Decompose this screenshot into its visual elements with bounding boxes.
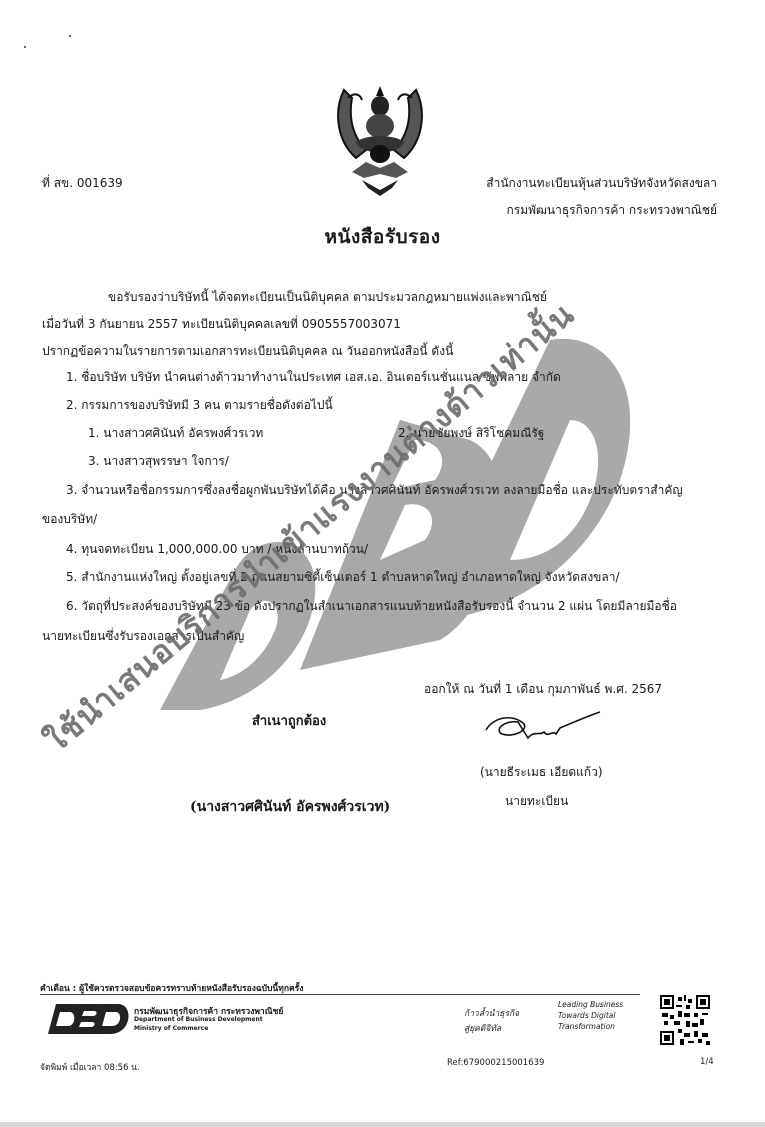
issue-date: ออกให้ ณ วันที่ 1 เดือน กุมภาพันธ์ พ.ศ. … <box>424 680 662 699</box>
reference-number: ที่ สข. 001639 <box>42 174 123 193</box>
director-1: 1. นางสาวศศินันท์ อัครพงศ์วรเวท <box>88 424 263 443</box>
item-objectives: 6. วัตถุที่ประสงค์ของบริษัทมี 23 ข้อ ดัง… <box>66 597 677 616</box>
dbd-logo-icon <box>48 1002 130 1036</box>
item-head-office: 5. สำนักงานแห่งใหญ่ ตั้งอยู่เลขที่ 2 ถนน… <box>66 568 620 587</box>
document-reference: Ref:679000215001639 <box>447 1058 544 1068</box>
dept-name-english: Department of Business Development <box>134 1016 263 1023</box>
print-time: จัดพิมพ์ เมื่อเวลา 08:56 น. <box>40 1060 140 1074</box>
scan-speck <box>69 35 71 37</box>
item-company-name: 1. ชื่อบริษัท บริษัท นำคนต่างด้าวมาทำงาน… <box>66 368 561 387</box>
office-name: สำนักงานทะเบียนหุ้นส่วนบริษัทจังหวัดสงขล… <box>486 174 717 193</box>
footer-divider <box>40 994 640 995</box>
registrar-signature-icon <box>484 708 602 750</box>
slogan-thai-line1: ก้าวล้ำนำธุรกิจ <box>464 1006 519 1020</box>
slogan-english-line3: Transformation <box>558 1022 615 1031</box>
slogan-thai-line2: สู่ยุคดิจิทัล <box>464 1021 501 1035</box>
director-3: 3. นางสาวสุพรรษา ใจการ/ <box>88 452 229 471</box>
certified-copy-label: สำเนาถูกต้อง <box>252 710 326 731</box>
viewer-bottom-edge <box>0 1122 765 1127</box>
director-2: 2. นายชัยพงษ์ สิริโชคมณีรัฐ <box>398 424 544 443</box>
qr-code-icon <box>660 995 710 1045</box>
garuda-emblem-icon <box>326 80 434 198</box>
registrar-name: (นายธีระเมธ เอียดแก้ว) <box>480 763 603 782</box>
department-name: กรมพัฒนาธุรกิจการค้า กระทรวงพาณิชย์ <box>507 201 717 220</box>
slogan-english-line2: Towards Digital <box>558 1011 615 1020</box>
item-registered-capital: 4. ทุนจดทะเบียน 1,000,000.00 บาท / หนึ่ง… <box>66 540 368 559</box>
registrar-title: นายทะเบียน <box>505 792 568 811</box>
item-directors: 2. กรรมการของบริษัทมี 3 คน ตามรายชื่อดัง… <box>66 396 333 415</box>
scan-speck <box>24 46 26 48</box>
registration-date-number: เมื่อวันที่ 3 กันยายน 2557 ทะเบียนนิติบุ… <box>42 315 401 334</box>
item-authorized-signatory-cont: ของบริษัท/ <box>42 510 97 529</box>
certification-statement: ขอรับรองว่าบริษัทนี้ ได้จดทะเบียนเป็นนิต… <box>108 288 547 307</box>
certifier-name: (นางสาวศศินันท์ อัครพงศ์วรเวท) <box>190 796 390 818</box>
slogan-english-line1: Leading Business <box>558 1000 623 1009</box>
item-authorized-signatory: 3. จำนวนหรือชื่อกรรมการซึ่งลงชื่อผูกพันบ… <box>66 481 683 500</box>
page-number: 1/4 <box>700 1057 714 1067</box>
certificate-page: ที่ สข. 001639 สำนักงานทะเบียนหุ้นส่วนบร… <box>0 0 765 1122</box>
document-title: หนังสือรับรอง <box>0 222 765 252</box>
registry-details-intro: ปรากฏข้อความในรายการตามเอกสารทะเบียนนิติ… <box>42 342 453 361</box>
ministry-name-english: Ministry of Commerce <box>134 1025 208 1032</box>
item-objectives-cont: นายทะเบียนซึ่งรับรองเอกสารเป็นสำคัญ <box>42 627 244 646</box>
warning-notice: คำเตือน : ผู้ใช้ควรตรวจสอบข้อควรทราบท้าย… <box>40 981 303 995</box>
